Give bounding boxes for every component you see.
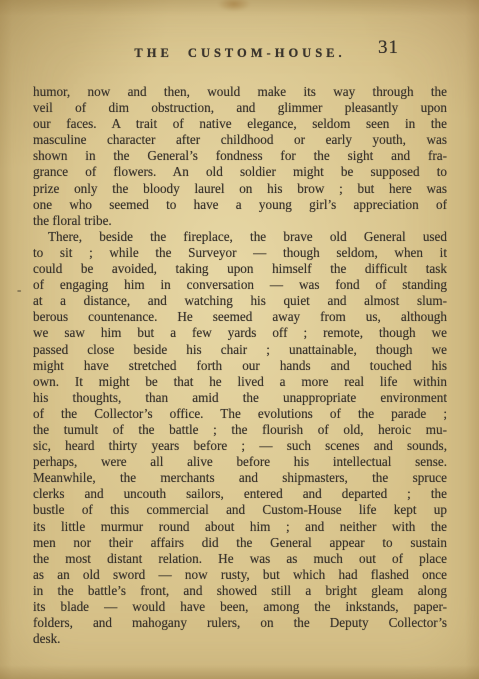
- text-line: of engaging him in conversation — was fo…: [33, 277, 447, 293]
- text-line: veil of dim obstruction, and glimmer ple…: [33, 100, 447, 116]
- text-line: our faces. A trait of native elegance, s…: [33, 116, 447, 132]
- text-line: berous countenance. He seemed away from …: [33, 309, 447, 325]
- text-line: There, beside the fireplace, the brave o…: [33, 229, 447, 245]
- page-number: 31: [378, 37, 399, 59]
- text-line: could be avoided, taking upon himself th…: [33, 261, 447, 277]
- text-line: perhaps, were all alive before his intel…: [33, 454, 447, 470]
- text-line: clerks and uncouth sailors, entered and …: [33, 486, 447, 502]
- text-line: own. It might be that he lived a more re…: [33, 374, 447, 390]
- text-line: we saw him but a few yards off ; remote,…: [33, 325, 447, 341]
- page-stain: [212, 0, 256, 14]
- book-page: THE CUSTOM-HOUSE. 31 - humor, now and th…: [0, 0, 479, 679]
- text-line: as an old sword — now rusty, but which h…: [33, 567, 447, 583]
- text-line: shown in the General’s fondness for the …: [33, 148, 447, 164]
- text-line: might have stretched forth our hands and…: [33, 358, 447, 374]
- margin-mark: -: [17, 282, 21, 298]
- text-line: one who seemed to have a young girl’s ap…: [33, 197, 447, 213]
- text-line: sic, heard thirty years before ; — such …: [33, 438, 447, 454]
- text-line: of the Collector’s office. The evolution…: [33, 406, 447, 422]
- text-line: Meanwhile, the merchants and shipmasters…: [33, 470, 447, 486]
- text-line: humor, now and then, would make its way …: [33, 84, 447, 100]
- text-line: bustle of this commercial and Custom-Hou…: [33, 502, 447, 518]
- text-line: the tumult of the battle ; the flourish …: [33, 422, 447, 438]
- text-line: folders, and mahogany rulers, on the Dep…: [33, 615, 447, 631]
- text-line: masculine character after childhood or e…: [33, 132, 447, 148]
- text-line: to sit ; while the Surveyor — though sel…: [33, 245, 447, 261]
- text-line: at a distance, and watching his quiet an…: [33, 293, 447, 309]
- page-text: - humor, now and then, would make its wa…: [33, 84, 447, 647]
- text-line: the floral tribe.: [33, 213, 447, 229]
- text-line: in the battle’s front, and showed still …: [33, 583, 447, 599]
- text-line: its blade — would have been, among the i…: [33, 599, 447, 615]
- text-line: his thoughts, than amid the unappropriat…: [33, 390, 447, 406]
- text-line: grance of flowers. An old soldier might …: [33, 164, 447, 180]
- text-line: prize only the bloody laurel on his brow…: [33, 181, 447, 197]
- text-line: men nor their affairs did the General ap…: [33, 535, 447, 551]
- text-line: passed close beside his chair ; unattain…: [33, 342, 447, 358]
- text-line: desk.: [33, 631, 447, 647]
- text-line: its little murmur round about him ; and …: [33, 519, 447, 535]
- text-line: the most distant relation. He was as muc…: [33, 551, 447, 567]
